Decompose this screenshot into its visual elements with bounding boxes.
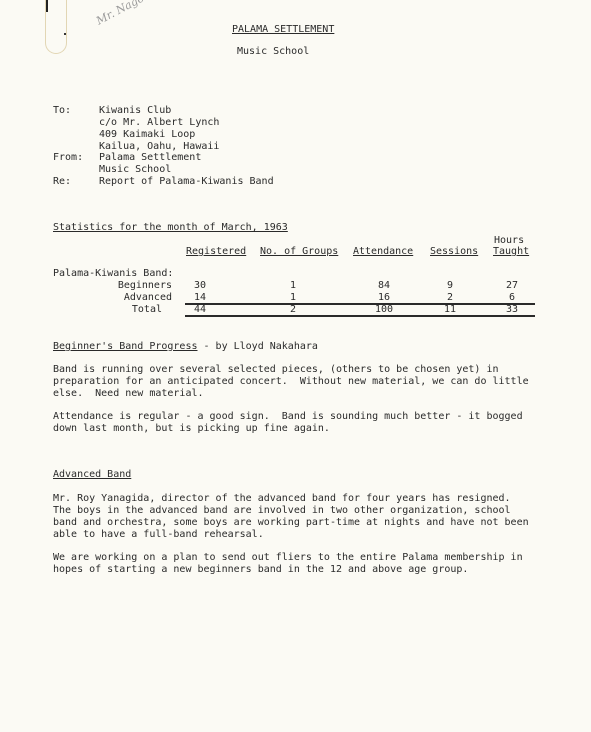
- staple-mark: [46, 0, 48, 12]
- col-attendance: Attendance: [353, 246, 413, 258]
- beginners-para1-line: else. Need new material.: [53, 388, 553, 400]
- advanced-para1-line: band and orchestra, some boys are workin…: [53, 517, 553, 529]
- from-label: From:: [53, 152, 83, 164]
- beginners-para2-line: down last month, but is picking up fine …: [53, 423, 553, 435]
- from-line: Music School: [99, 164, 171, 176]
- table-cell: 30: [180, 280, 220, 292]
- advanced-heading: Advanced Band: [53, 469, 131, 481]
- to-line: c/o Mr. Albert Lynch: [99, 117, 219, 129]
- re-label: Re:: [53, 176, 71, 188]
- table-cell: 84: [364, 280, 404, 292]
- beginners-para1-line: Band is running over several selected pi…: [53, 364, 553, 376]
- table-cell: 9: [430, 280, 470, 292]
- advanced-para1-line: Mr. Roy Yanagida, director of the advanc…: [53, 493, 553, 505]
- advanced-para1-line: able to have a full-band rehearsal.: [53, 529, 553, 541]
- staple-mark: [64, 33, 66, 35]
- document-title: PALAMA SETTLEMENT: [232, 24, 334, 36]
- table-rule: [185, 315, 535, 317]
- col-groups: No. of Groups: [260, 246, 338, 258]
- row-label: Total: [110, 304, 162, 316]
- advanced-para1-line: The boys in the advanced band are involv…: [53, 505, 553, 517]
- to-label: To:: [53, 105, 71, 117]
- from-line: Palama Settlement: [99, 152, 201, 164]
- beginners-heading: Beginner's Band Progress: [53, 341, 198, 352]
- letter-page: Mr. Nagoshi PALAMA SETTLEMENT Music Scho…: [0, 0, 591, 732]
- to-line: Kiwanis Club: [99, 105, 171, 117]
- re-text: Report of Palama-Kiwanis Band: [99, 176, 274, 188]
- row-label: Beginners: [110, 280, 172, 292]
- document-subtitle: Music School: [237, 46, 309, 58]
- handwritten-note: Mr. Nagoshi: [94, 0, 161, 27]
- beginners-heading-line: Beginner's Band Progress - by Lloyd Naka…: [53, 341, 318, 353]
- advanced-para2-line: hopes of starting a new beginners band i…: [53, 564, 553, 576]
- beginners-byline: - by Lloyd Nakahara: [198, 341, 318, 352]
- statistics-heading: Statistics for the month of March, 1963: [53, 222, 288, 234]
- paperclip-stain: [45, 0, 67, 54]
- beginners-para1-line: preparation for an anticipated concert. …: [53, 376, 553, 388]
- col-sessions: Sessions: [430, 246, 478, 258]
- advanced-para2-line: We are working on a plan to send out fli…: [53, 552, 553, 564]
- table-rule: [185, 303, 535, 305]
- col-registered: Registered: [186, 246, 246, 258]
- col-hours-line2: Taught: [493, 246, 529, 258]
- table-cell: 1: [273, 280, 313, 292]
- beginners-para2-line: Attendance is regular - a good sign. Ban…: [53, 411, 553, 423]
- group-label: Palama-Kiwanis Band:: [53, 268, 173, 280]
- row-label: Advanced: [110, 292, 172, 304]
- to-line: 409 Kaimaki Loop: [99, 129, 195, 141]
- table-cell: 27: [492, 280, 532, 292]
